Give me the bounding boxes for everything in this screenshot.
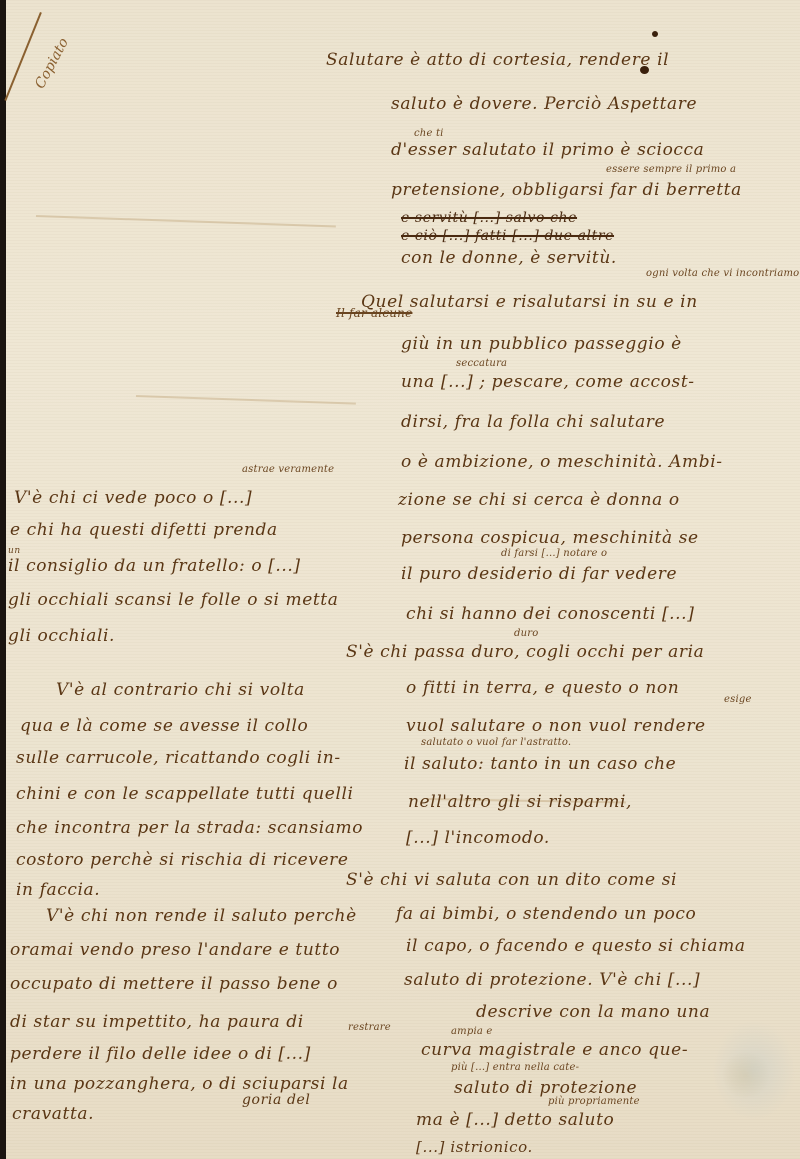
interlinear-insertion: più propriamente — [548, 1096, 640, 1107]
text-line: cravatta. — [12, 1104, 94, 1124]
text-line: il consiglio da un fratello: o [...] — [8, 556, 301, 576]
text-line: Salutare è atto di cortesia, rendere il — [326, 50, 669, 70]
text-line: fa ai bimbi, o stendendo un poco — [396, 904, 696, 924]
text-line: perdere il filo delle idee o di [...] — [10, 1044, 311, 1064]
text-line: giù in un pubblico passeggio è — [401, 334, 682, 354]
text-line: di star su impettito, ha paura di — [10, 1012, 304, 1032]
text-line: saluto di protezione. V'è chi [...] — [404, 970, 700, 990]
text-line: goria del — [242, 1092, 310, 1108]
text-line: una [...] ; pescare, come accost- — [401, 372, 695, 392]
text-line: saluto è dovere. Perciò Aspettare — [391, 94, 697, 114]
text-line: S'è chi vi saluta con un dito come si — [346, 870, 677, 890]
text-line: nell'altro gli si risparmi, — [408, 792, 632, 812]
bleed-through-stroke — [136, 395, 356, 405]
text-line: qua e là come se avesse il collo — [20, 716, 308, 736]
text-line: zione se chi si cerca è donna o — [398, 490, 680, 510]
interlinear-insertion: ampia e — [451, 1026, 493, 1037]
interlinear-insertion: seccatura — [456, 358, 507, 369]
text-line: d'esser salutato il primo è sciocca — [391, 140, 704, 160]
text-line: e chi ha questi difetti prenda — [10, 520, 278, 540]
text-line: dirsi, fra la folla chi salutare — [401, 412, 665, 432]
text-line-correction: più [...] entra nella cate- — [451, 1062, 579, 1073]
interlinear-insertion: esige — [724, 694, 752, 705]
text-line: che incontra per la strada: scansiamo — [16, 818, 363, 838]
ink-blot — [652, 31, 658, 37]
text-line: descrive con la mano una — [476, 1002, 710, 1022]
manuscript-page: Copiato Salutare è atto di cortesia, ren… — [6, 0, 800, 1159]
text-line: in faccia. — [16, 880, 100, 900]
text-line: con le donne, è servitù. — [401, 248, 617, 268]
interlinear-insertion: essere sempre il primo a — [606, 164, 736, 175]
text-line: V'è chi non rende il saluto perchè — [46, 906, 357, 926]
text-line: V'è al contrario chi si volta — [56, 680, 305, 700]
text-line: S'è chi passa duro, cogli occhi per aria — [346, 642, 704, 662]
text-line: occupato di mettere il passo bene o — [10, 974, 338, 994]
text-line: o è ambizione, o meschinità. Ambi- — [401, 452, 723, 472]
corner-annotation: Copiato — [32, 35, 72, 91]
text-line: costoro perchè si rischia di ricevere — [16, 850, 349, 870]
interlinear-insertion: un — [8, 546, 21, 556]
text-line: oramai vendo preso l'andare e tutto — [10, 940, 340, 960]
interlinear-insertion: che ti — [414, 128, 444, 139]
interlinear-insertion: ogni volta che vi incontriamo — [646, 268, 799, 279]
interlinear-insertion: salutato o vuol far l'astratto. — [421, 737, 571, 748]
deleted-margin-text: Il far alcune — [336, 306, 412, 320]
deleted-line: e servitù [...] salvo che — [401, 210, 577, 226]
text-line: il puro desiderio di far vedere — [401, 564, 677, 584]
deleted-line: e ciò [...] fatti [...] due altre — [401, 228, 614, 244]
text-line: ma è [...] detto saluto — [416, 1110, 614, 1130]
interlinear-insertion: restrare — [348, 1022, 391, 1033]
text-line: curva magistrale e anco que- — [421, 1040, 688, 1060]
text-line: chi si hanno dei conoscenti [...] — [406, 604, 694, 624]
text-line: gli occhiali. — [8, 626, 115, 646]
corner-slash-mark — [4, 12, 41, 101]
text-line: il capo, o facendo e questo si chiama — [406, 936, 746, 956]
text-line: chini e con le scappellate tutti quelli — [16, 784, 354, 804]
text-line: saluto di protezione — [454, 1078, 637, 1098]
text-line: in una pozzanghera, o di sciuparsi la — [10, 1074, 349, 1094]
text-line: il saluto: tanto in un caso che — [404, 754, 676, 774]
text-line: o fitti in terra, e questo o non — [406, 678, 679, 698]
interlinear-insertion: astrae veramente — [242, 464, 334, 475]
text-line: gli occhiali scansi le folle o si metta — [8, 590, 338, 610]
text-line: vuol salutare o non vuol rendere — [406, 716, 706, 736]
text-line: [...] istrionico. — [416, 1138, 533, 1156]
interlinear-insertion: duro — [514, 628, 538, 639]
bleed-through-stroke — [36, 215, 336, 227]
text-line: V'è chi ci vede poco o [...] — [14, 488, 252, 508]
text-line: persona cospicua, meschinità se — [401, 528, 699, 548]
text-line: sulle carrucole, ricattando cogli in- — [16, 748, 341, 768]
text-line: pretensione, obbligarsi far di berretta — [391, 180, 742, 200]
text-line: [...] l'incomodo. — [406, 828, 550, 848]
interlinear-insertion: di farsi [...] notare o — [501, 548, 607, 559]
